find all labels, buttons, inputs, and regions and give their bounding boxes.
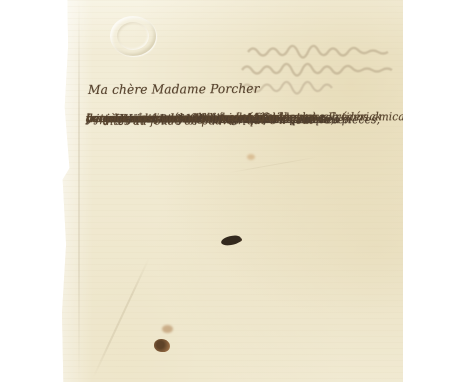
letter-paper: Ma chère Madame Porcher Porcher devrait … <box>62 0 403 382</box>
fold-crease-diagonal <box>92 258 149 378</box>
fold-crease-faint <box>228 157 317 174</box>
rust-spot <box>247 154 255 160</box>
ink-blot-dark <box>220 235 241 247</box>
bleed-through-writing <box>234 42 406 102</box>
letter-line: me joue pas vous ne pouvez rien donner à <box>86 109 318 128</box>
salutation: Ma chère Madame Porcher <box>88 81 260 97</box>
fold-crease-vertical <box>78 0 80 382</box>
letter-photograph: Ma chère Madame Porcher Porcher devrait … <box>0 0 468 382</box>
embossed-seal-icon <box>110 16 156 56</box>
ink-smudge <box>162 325 173 333</box>
ink-blot-brown <box>154 339 170 352</box>
